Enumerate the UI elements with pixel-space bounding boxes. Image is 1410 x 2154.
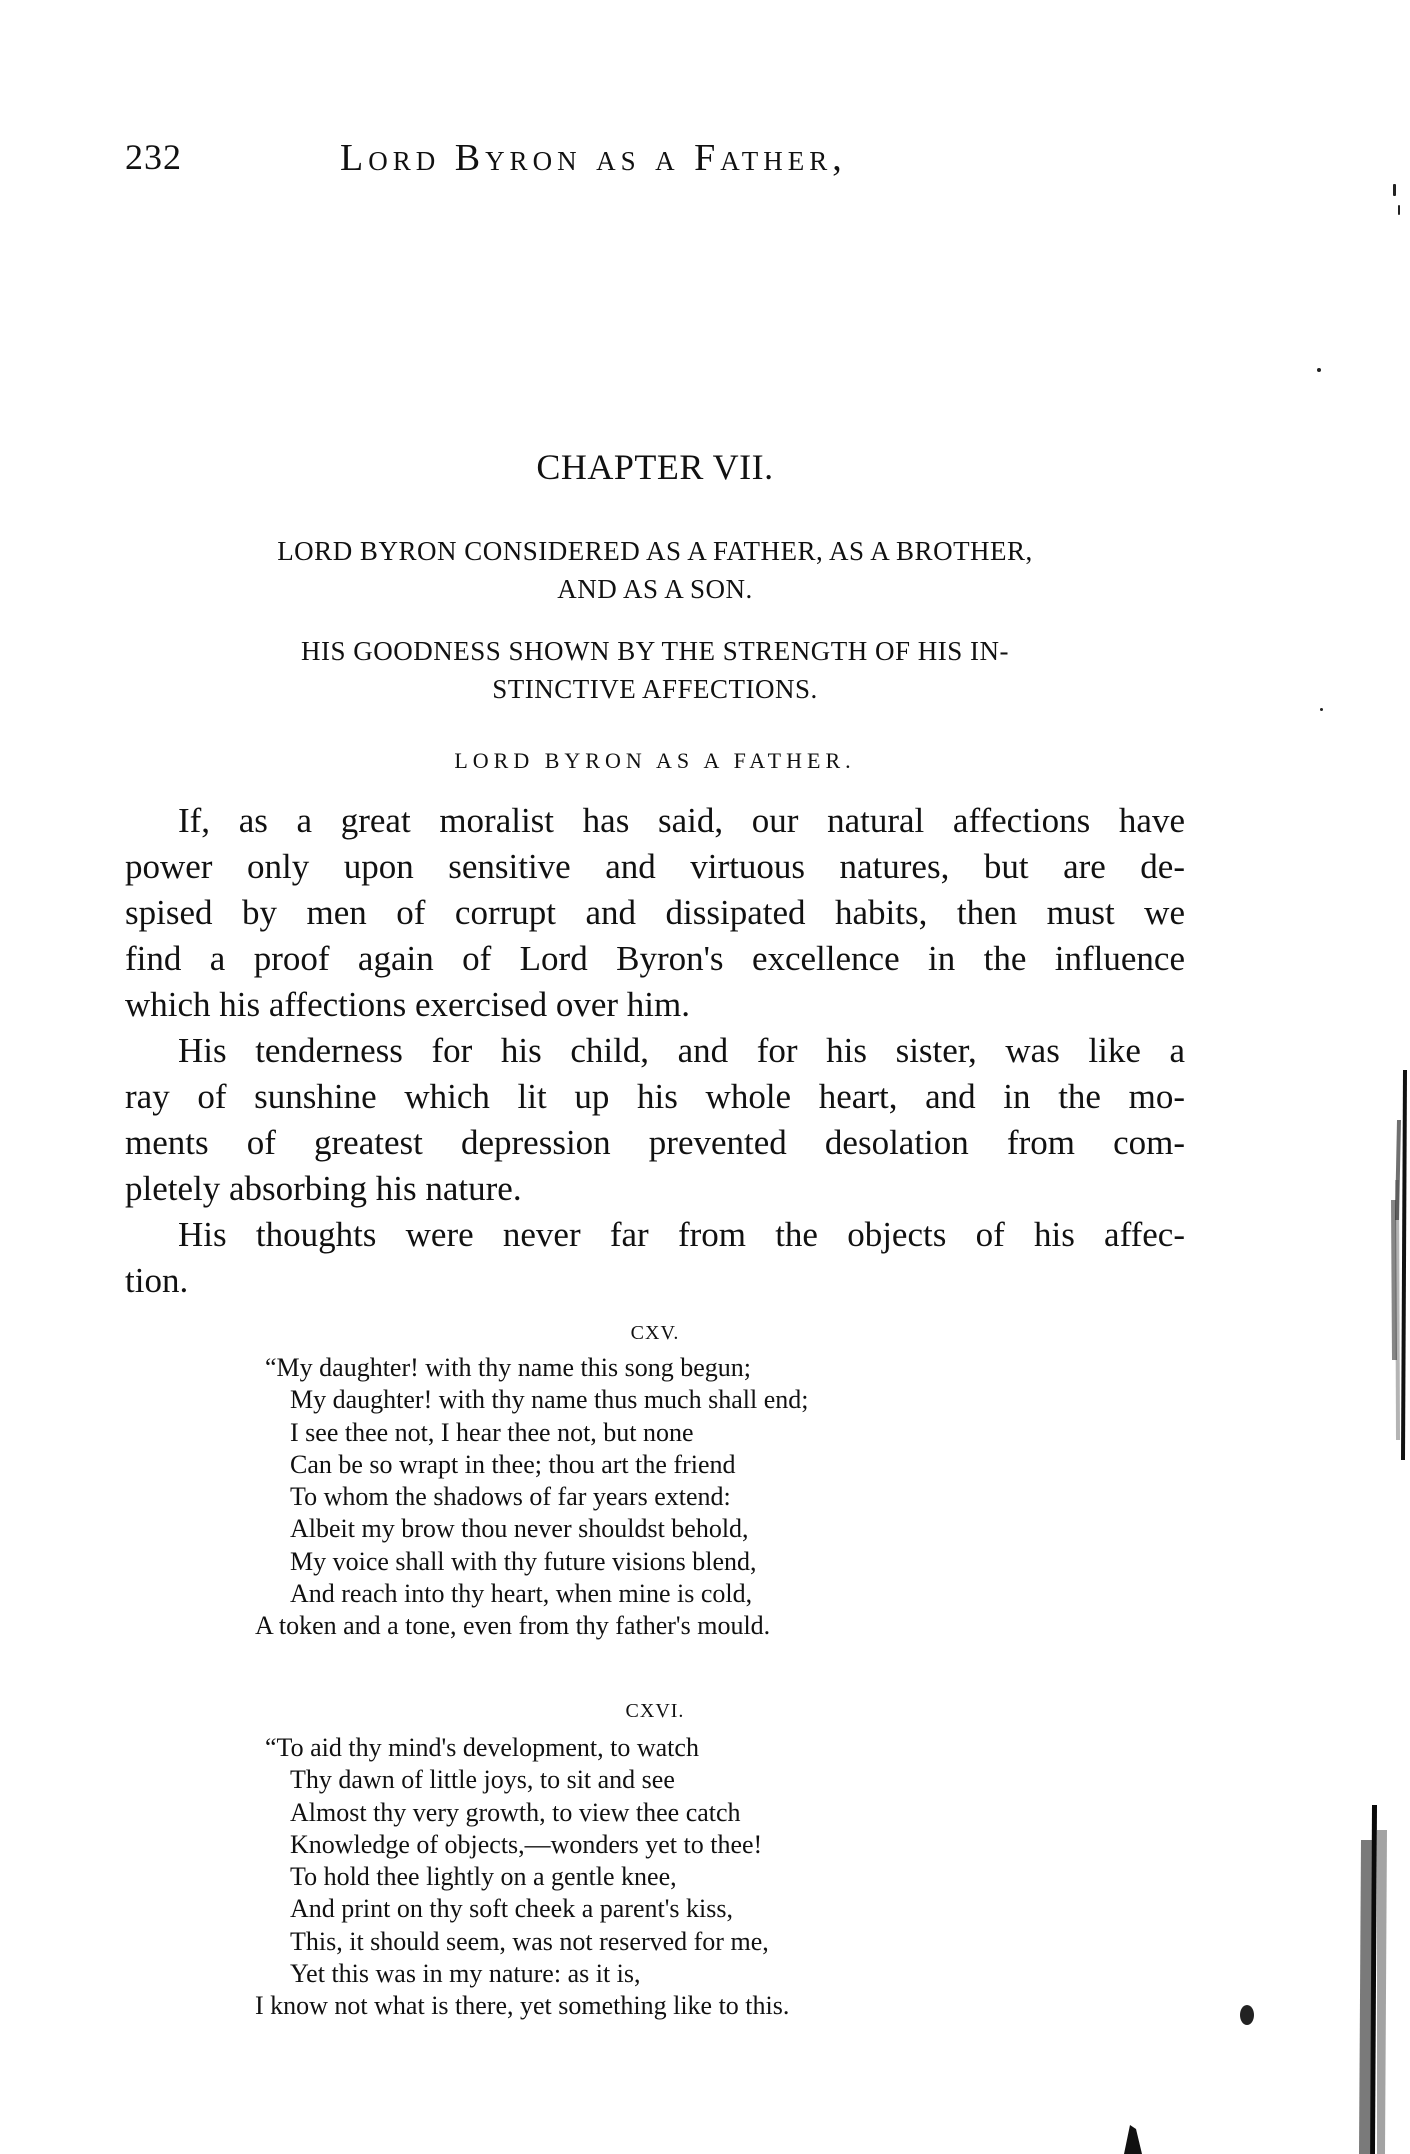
verse-line: I see thee not, I hear thee not, but non… xyxy=(245,1417,1045,1449)
chapter-subtitle-1-line: LORD BYRON CONSIDERED AS A FATHER, AS A … xyxy=(125,532,1185,570)
verse-line: “My daughter! with thy name this song be… xyxy=(245,1352,1045,1384)
verse-line: Almost thy very growth, to view thee cat… xyxy=(245,1797,1045,1829)
text-line: tion. xyxy=(125,1258,1185,1304)
text-line: His tenderness for his child, and for hi… xyxy=(125,1028,1185,1074)
stanza: “My daughter! with thy name this song be… xyxy=(245,1352,1045,1643)
verse-line: Albeit my brow thou never shouldst behol… xyxy=(245,1513,1045,1545)
chapter-title: CHAPTER VII. xyxy=(125,446,1185,488)
verse-line: Thy dawn of little joys, to sit and see xyxy=(245,1764,1045,1796)
stanza-number: CXVI. xyxy=(125,1700,1185,1723)
verse-line: And print on thy soft cheek a parent's k… xyxy=(245,1893,1045,1925)
edge-mark xyxy=(1393,184,1396,196)
text-line: If, as a great moralist has said, our na… xyxy=(125,798,1185,844)
scan-edge-shadow-upper xyxy=(1355,1060,1410,1480)
stanza-number: CXV. xyxy=(125,1322,1185,1345)
text-line: which his affections exercised over him. xyxy=(125,982,1185,1028)
paragraph: His tenderness for his child, and for hi… xyxy=(125,1028,1185,1212)
verse-line: A token and a tone, even from thy father… xyxy=(245,1610,1045,1642)
chapter-subtitle-2: HIS GOODNESS SHOWN BY THE STRENGTH OF HI… xyxy=(125,632,1185,708)
verse-line: Knowledge of objects,—wonders yet to the… xyxy=(245,1829,1045,1861)
speck xyxy=(1320,708,1323,711)
chapter-subtitle-2-line: STINCTIVE AFFECTIONS. xyxy=(125,670,1185,708)
text-line: ray of sunshine which lit up his whole h… xyxy=(125,1074,1185,1120)
verse-line: “To aid thy mind's development, to watch xyxy=(245,1732,1045,1764)
paragraph: If, as a great moralist has said, our na… xyxy=(125,798,1185,1028)
running-head-title: Lord Byron as a Father, xyxy=(340,136,847,180)
chapter-subtitle-1: LORD BYRON CONSIDERED AS A FATHER, AS A … xyxy=(125,532,1185,608)
speck xyxy=(1317,368,1321,372)
verse-line: My voice shall with thy future visions b… xyxy=(245,1546,1045,1578)
verse-line: Yet this was in my nature: as it is, xyxy=(245,1958,1045,1990)
verse-line: To hold thee lightly on a gentle knee, xyxy=(245,1861,1045,1893)
ink-mark xyxy=(1124,2125,1142,2154)
text-line: spised by men of corrupt and dissipated … xyxy=(125,890,1185,936)
text-line: power only upon sensitive and virtuous n… xyxy=(125,844,1185,890)
verse-line: And reach into thy heart, when mine is c… xyxy=(245,1578,1045,1610)
text-line: ments of greatest depression prevented d… xyxy=(125,1120,1185,1166)
text-line: find a proof again of Lord Byron's excel… xyxy=(125,936,1185,982)
ink-blot xyxy=(1240,2005,1254,2025)
verse-line: Can be so wrapt in thee; thou art the fr… xyxy=(245,1449,1045,1481)
stanza: “To aid thy mind's development, to watch… xyxy=(245,1732,1045,2023)
scan-edge-shadow-lower xyxy=(1325,1800,1410,2154)
paragraph: His thoughts were never far from the obj… xyxy=(125,1212,1185,1304)
running-head: 232 Lord Byron as a Father, xyxy=(125,136,1325,184)
chapter-subtitle-2-line: HIS GOODNESS SHOWN BY THE STRENGTH OF HI… xyxy=(125,632,1185,670)
verse-line: I know not what is there, yet something … xyxy=(245,1990,1045,2022)
edge-mark xyxy=(1398,205,1400,215)
verse-line: To whom the shadows of far years extend: xyxy=(245,1481,1045,1513)
page-number: 232 xyxy=(125,136,182,178)
chapter-subtitle-1-line: AND AS A SON. xyxy=(125,570,1185,608)
text-line: pletely absorbing his nature. xyxy=(125,1166,1185,1212)
verse-line: This, it should seem, was not reserved f… xyxy=(245,1926,1045,1958)
text-line: His thoughts were never far from the obj… xyxy=(125,1212,1185,1258)
section-heading: LORD BYRON AS A FATHER. xyxy=(125,748,1185,774)
body-text: If, as a great moralist has said, our na… xyxy=(125,798,1185,1304)
verse-line: My daughter! with thy name thus much sha… xyxy=(245,1384,1045,1416)
